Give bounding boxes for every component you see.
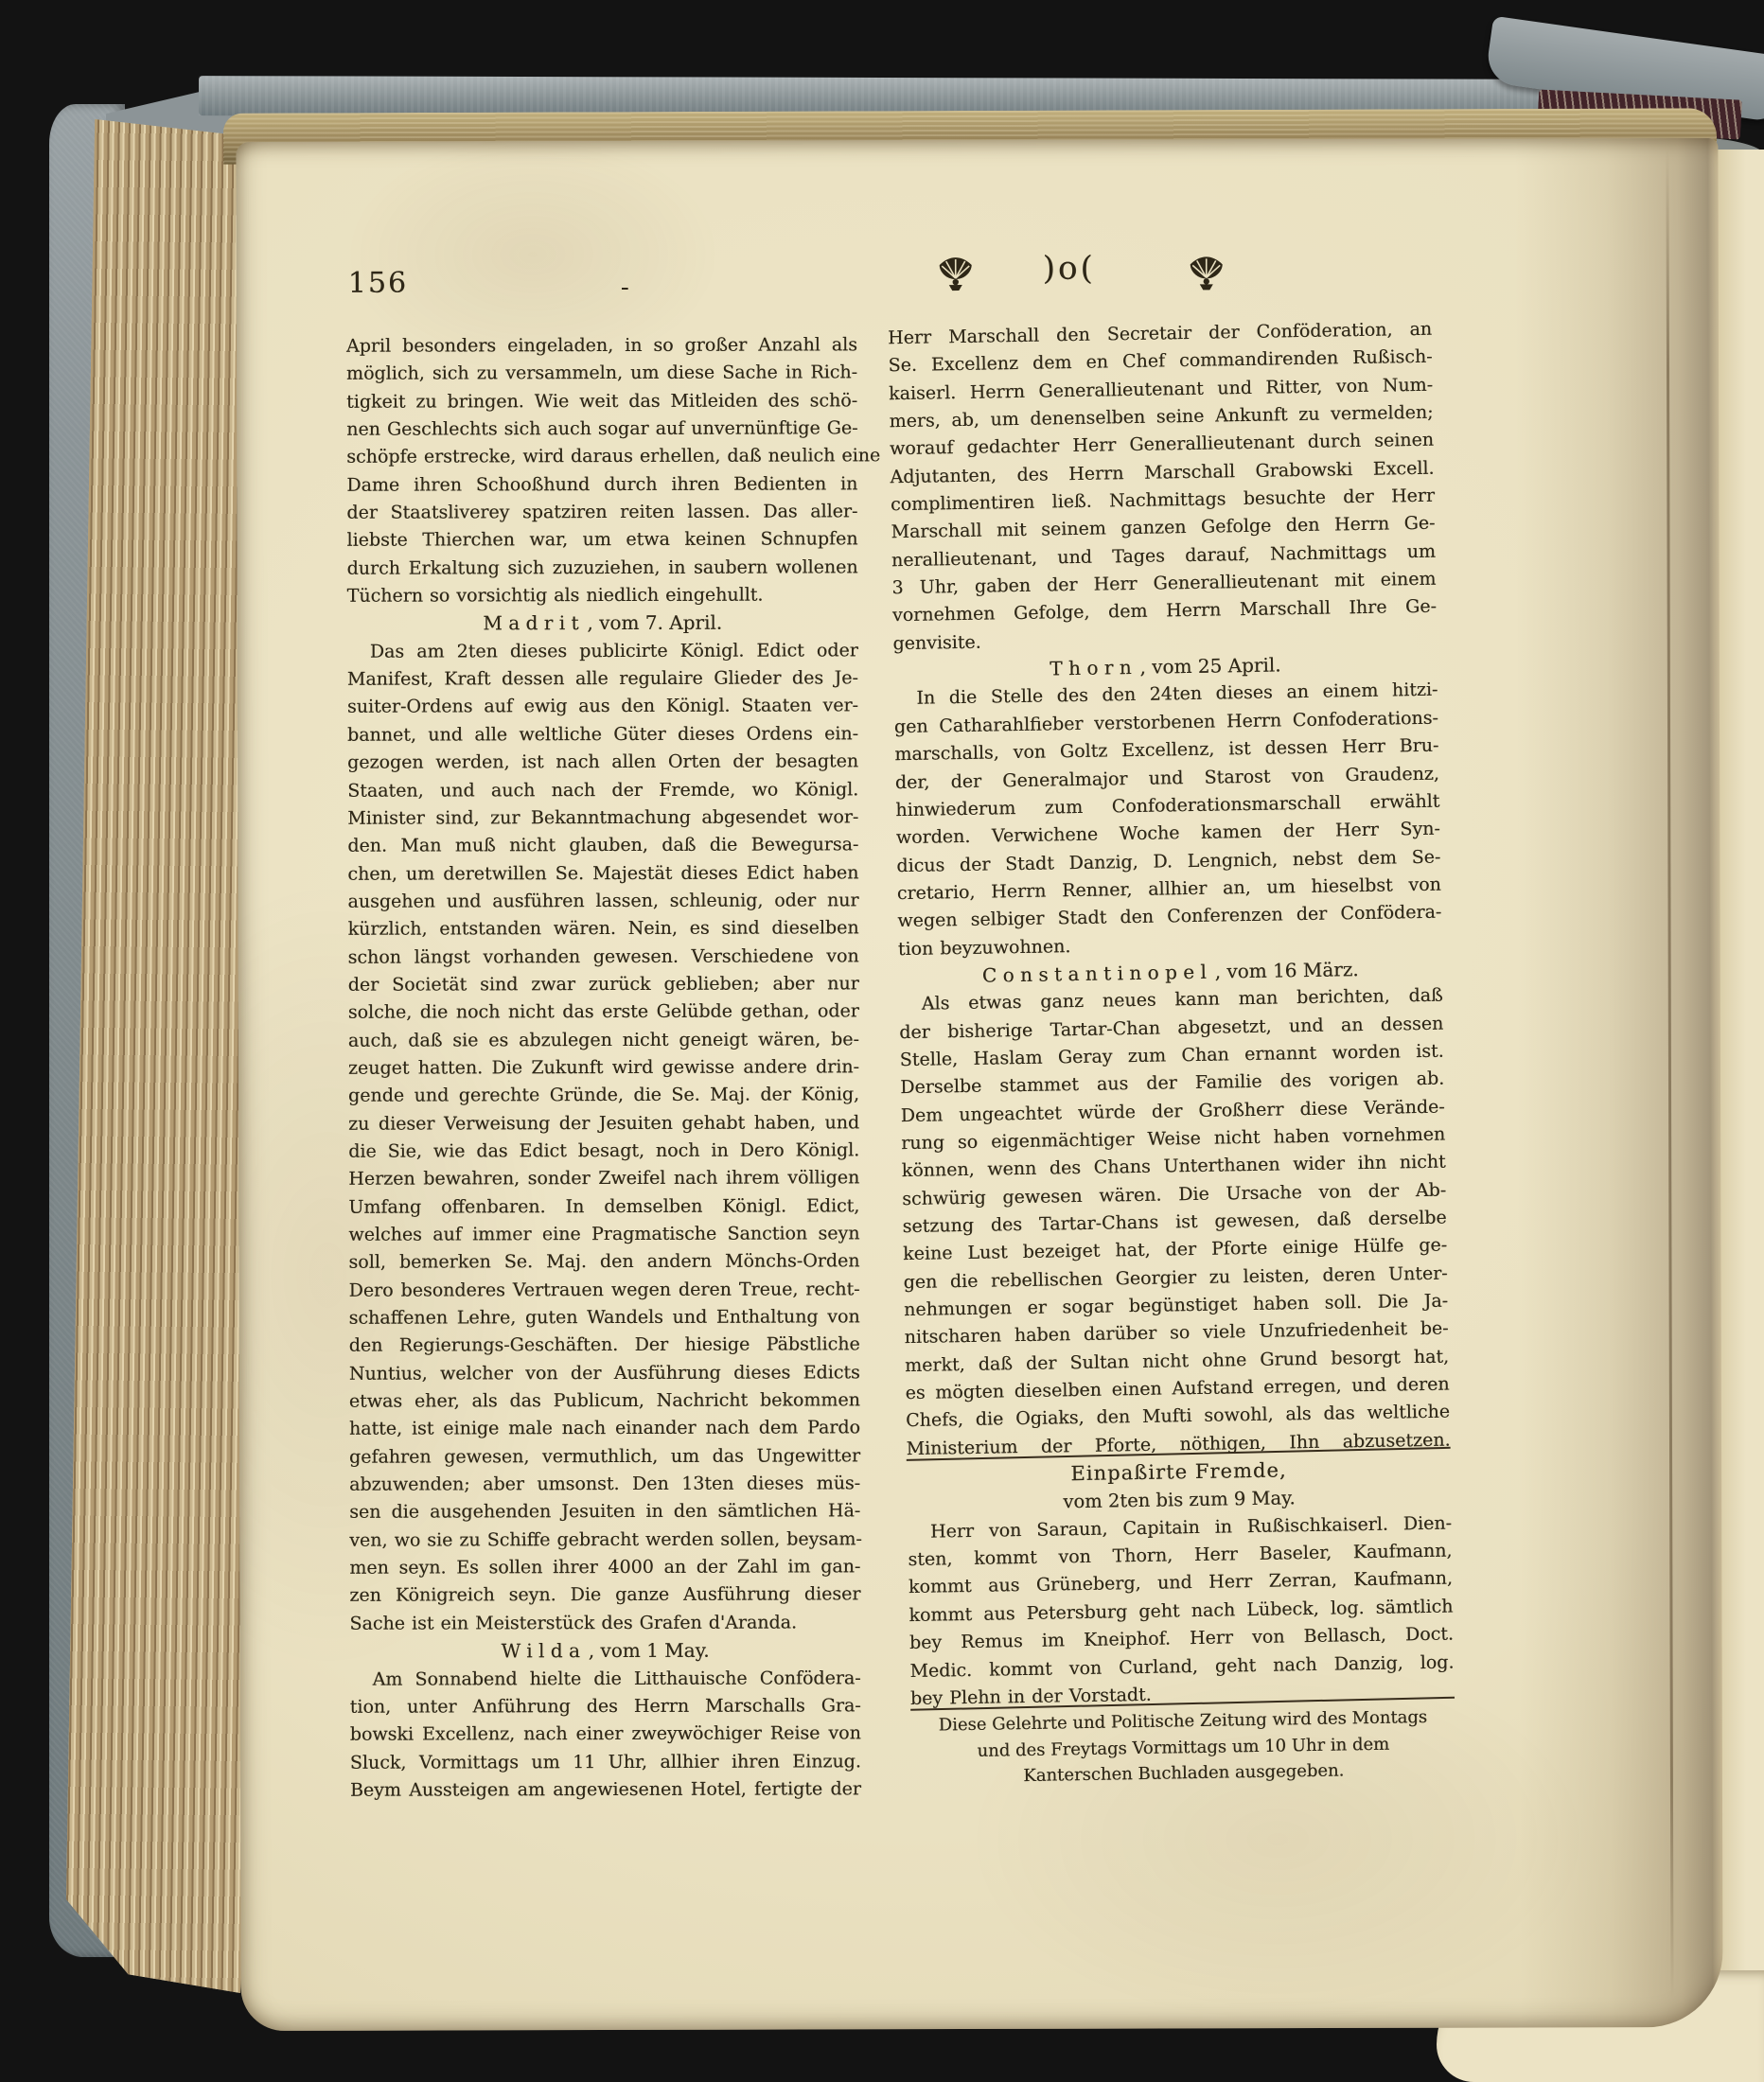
header-dash: - <box>621 273 629 302</box>
text-line: Minister sind, zur Bekanntmachung abgese… <box>347 803 858 833</box>
text-line: tigkeit zu bringen. Wie weit das Mitleid… <box>346 387 857 416</box>
dateline-heading: Wilda, vom 1 May. <box>350 1636 861 1666</box>
text-line: nen Geschlechts sich auch sogar auf unve… <box>346 415 857 444</box>
text-line: schon längst vorhanden gewesen. Verschie… <box>348 943 859 972</box>
text-line: Herzen bewahren, sonder Zweifel nach ihr… <box>348 1165 859 1194</box>
text-line: gefahren gewesen, vermuthlich, um das Un… <box>349 1442 860 1472</box>
dateline-date: , vom 25 April. <box>1139 654 1281 679</box>
text-line: zu dieser Verweisung der Jesuiten gehabt… <box>348 1109 859 1138</box>
text-line: gezogen werden, ist nach allen Orten der… <box>347 748 858 777</box>
text-line: bowski Excellenz, nach einer zweywöchige… <box>350 1720 861 1750</box>
shell-ornament-left-icon <box>933 254 979 297</box>
text-line: kürzlich, entstanden wären. Nein, es sin… <box>348 915 859 944</box>
text-line: ausgehen und ausführen lassen, schleunig… <box>347 887 858 916</box>
book-page: 156 - )o( <box>236 138 1722 2031</box>
text-line: abzuwenden; aber umsonst. Den 13ten dies… <box>349 1470 860 1499</box>
text-line: Nuntius, welcher von der Ausführung dies… <box>349 1359 860 1388</box>
text-line: Beym Aussteigen am angewiesenen Hotel, f… <box>350 1775 861 1805</box>
text-line: der Staatsliverey spatziren reiten lasse… <box>346 498 857 527</box>
dateline-place: Wilda <box>502 1639 587 1662</box>
text-line: Am Sonnabend hielte die Litthauische Con… <box>350 1665 861 1694</box>
page-number: 156 <box>348 267 408 300</box>
text-line: die Sie, wie das Edict besagt, noch in D… <box>348 1137 859 1166</box>
text-line: ven, wo sie zu Schiffe gebracht werden s… <box>349 1526 860 1555</box>
text-line: zeuget hatten. Die Zukunft wird gewisse … <box>348 1053 859 1083</box>
text-line: soll, bemerken Se. Maj. den andern Mönch… <box>348 1248 859 1278</box>
text-line: schaffenen Lehre, guten Wandels und Enth… <box>349 1303 860 1332</box>
text-line: liebste Thierchen war, um etwa keinen Sc… <box>346 526 857 556</box>
text-line: sen die ausgehenden Jesuiten in den sämt… <box>349 1498 860 1527</box>
text-line: möglich, sich zu versammeln, um diese Sa… <box>346 360 857 389</box>
right-text-column: Herr Marschall den Secretair der Conföde… <box>888 316 1456 1791</box>
text-line: Manifest, Kraft dessen alle regulaire Gl… <box>347 664 858 694</box>
text-line: gende und gerechte Gründe, die Se. Maj. … <box>348 1082 859 1111</box>
text-line: men seyn. Es sollen ihrer 4000 an der Za… <box>349 1553 860 1582</box>
text-line: welches auf immer eine Pragmatische Sanc… <box>348 1220 859 1249</box>
text-line: den Regierungs-Geschäften. Der hiesige P… <box>349 1332 860 1361</box>
dateline-heading: Madrit, vom 7. April. <box>347 609 858 639</box>
dateline-place: Madrit <box>483 612 585 635</box>
text-line: April besonders eingeladen, in so großer… <box>346 331 857 361</box>
text-line: Sluck, Vormittags um 11 Uhr, allhier ihr… <box>350 1748 861 1777</box>
text-line: schöpfe erstrecke, wird daraus erhellen,… <box>346 443 857 472</box>
header-separator: )o( <box>1043 250 1096 288</box>
text-line: den. Man muß nicht glauben, daß die Bewe… <box>347 832 858 861</box>
text-line: Sache ist ein Meisterstück des Grafen d'… <box>349 1609 860 1638</box>
text-line: hatte, ist einige male nach einander nac… <box>349 1415 860 1444</box>
text-line: solche, die noch nicht das erste Gelübde… <box>348 998 859 1028</box>
text-line: bannet, und alle weltliche Güter dieses … <box>347 720 858 750</box>
text-line: tion, unter Anführung des Herrn Marschal… <box>350 1692 861 1721</box>
text-line: Das am 2ten dieses publicirte Königl. Ed… <box>347 637 858 666</box>
dateline-date: , vom 16 März. <box>1214 958 1358 983</box>
book-scan: 156 - )o( <box>0 0 1764 2082</box>
dateline-place: Constantinopel <box>982 961 1213 987</box>
text-line: Tüchern so vorsichtig als niedlich einge… <box>347 581 858 610</box>
text-line: Umfang offenbaren. In demselben Königl. … <box>348 1192 859 1222</box>
shell-ornament-right-icon <box>1184 253 1229 296</box>
dateline-place: Thorn <box>1050 656 1138 680</box>
dateline-date: , vom 1 May. <box>589 1639 710 1662</box>
left-text-column: April besonders eingeladen, in so großer… <box>346 331 861 1805</box>
gutter-shadow <box>1514 138 1722 2028</box>
text-line: Dero besonderes Vertrauen wegen deren Tr… <box>349 1276 860 1305</box>
text-line: suiter-Ordens auf ewig aus den Königl. S… <box>347 693 858 722</box>
text-line: etwas eher, als das Publicum, Nachricht … <box>349 1386 860 1416</box>
gutter-fold-line <box>1666 148 1673 1999</box>
text-line: der Societät sind zwar zurück geblieben;… <box>348 970 859 999</box>
text-line: zen Königreich seyn. Die ganze Ausführun… <box>349 1581 860 1611</box>
text-line: chen, um deretwillen Se. Majestät dieses… <box>347 859 858 889</box>
text-line: Dame ihren Schooßhund durch ihren Bedien… <box>346 470 857 500</box>
text-line: auch, daß sie es abzulegen nicht geneigt… <box>348 1026 859 1055</box>
text-line: Staaten, und auch nach der Fremde, wo Kö… <box>347 776 858 805</box>
dateline-date: , vom 7. April. <box>587 611 722 634</box>
text-line: durch Erkaltung sich zuzuziehen, in saub… <box>347 554 858 583</box>
